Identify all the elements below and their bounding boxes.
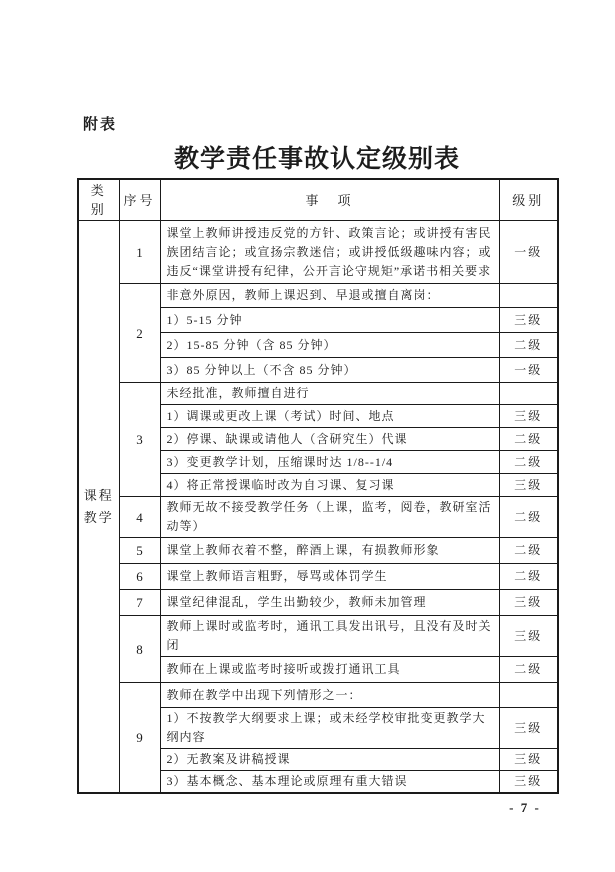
level-cell [499,284,558,308]
item-cell: 未经批准，教师擅自进行 [160,383,499,405]
appendix-label: 附表 [83,113,117,134]
level-cell: 一级 [499,221,558,284]
item-cell: 4）将正常授课临时改为自习课、复习课 [160,474,499,497]
level-cell: 二级 [499,497,558,538]
item-cell: 教师无故不接受教学任务（上课，监考，阅卷，教研室活动等） [160,497,499,538]
item-cell: 教师在上课或监考时接听或拨打通讯工具 [160,657,499,683]
item-cell: 课堂上教师讲授违反党的方针、政策言论；或讲授有害民族团结言论；或宣扬宗教迷信；或… [160,221,499,284]
seq-cell: 8 [119,616,160,683]
level-cell: 二级 [499,451,558,474]
table-row: 7 课堂纪律混乱，学生出勤较少，教师未加管理 三级 [78,590,558,616]
document-page: 附表 教学责任事故认定级别表 类别 序号 事 项 级别 课程 教学 1 课堂上教… [0,0,615,872]
seq-cell: 5 [119,538,160,564]
item-cell: 3）基本概念、基本理论或原理有重大错误 [160,771,499,794]
level-cell: 一级 [499,358,558,383]
level-cell: 三级 [499,308,558,333]
level-cell: 三级 [499,749,558,771]
level-cell [499,683,558,708]
level-cell: 二级 [499,538,558,564]
item-cell: 2）15-85 分钟（含 85 分钟） [160,333,499,358]
seq-cell: 2 [119,284,160,383]
seq-cell: 1 [119,221,160,284]
item-cell: 2）停课、缺课或请他人（含研究生）代课 [160,428,499,451]
item-cell: 1）5-15 分钟 [160,308,499,333]
item-cell: 3）85 分钟以上（不含 85 分钟） [160,358,499,383]
header-level: 级别 [499,179,558,221]
header-category: 类别 [78,179,119,221]
item-cell: 1）不按教学大纲要求上课；或未经学校审批变更教学大纲内容 [160,708,499,749]
level-cell: 三级 [499,616,558,657]
seq-cell: 9 [119,683,160,794]
level-cell: 三级 [499,405,558,428]
table-row: 2 非意外原因，教师上课迟到、早退或擅自离岗： [78,284,558,308]
seq-cell: 3 [119,383,160,497]
table-row: 6 课堂上教师语言粗野，辱骂或体罚学生 二级 [78,564,558,590]
category-cell: 课程 教学 [78,221,119,794]
header-seq: 序号 [119,179,160,221]
level-cell: 二级 [499,564,558,590]
table-header-row: 类别 序号 事 项 级别 [78,179,558,221]
page-number: - 7 - [495,800,555,816]
seq-cell: 6 [119,564,160,590]
item-cell: 非意外原因，教师上课迟到、早退或擅自离岗： [160,284,499,308]
item-cell: 教师在教学中出现下列情形之一： [160,683,499,708]
item-cell: 2）无教案及讲稿授课 [160,749,499,771]
table-row: 4 教师无故不接受教学任务（上课，监考，阅卷，教研室活动等） 二级 [78,497,558,538]
level-cell: 三级 [499,708,558,749]
table-row: 3 未经批准，教师擅自进行 [78,383,558,405]
seq-cell: 7 [119,590,160,616]
table-row: 9 教师在教学中出现下列情形之一： [78,683,558,708]
item-cell: 课堂上教师语言粗野，辱骂或体罚学生 [160,564,499,590]
level-cell: 二级 [499,428,558,451]
item-cell: 1）调课或更改上课（考试）时间、地点 [160,405,499,428]
level-cell: 三级 [499,474,558,497]
item-cell: 课堂上教师衣着不整，醉酒上课，有损教师形象 [160,538,499,564]
table-row: 5 课堂上教师衣着不整，醉酒上课，有损教师形象 二级 [78,538,558,564]
table-row: 8 教师上课时或监考时，通讯工具发出讯号，且没有及时关闭 三级 [78,616,558,657]
level-cell: 二级 [499,333,558,358]
item-cell: 3）变更教学计划，压缩课时达 1/8--1/4 [160,451,499,474]
accident-level-table: 类别 序号 事 项 级别 课程 教学 1 课堂上教师讲授违反党的方针、政策言论；… [77,178,559,794]
level-cell: 二级 [499,657,558,683]
level-cell [499,383,558,405]
item-cell: 教师上课时或监考时，通讯工具发出讯号，且没有及时关闭 [160,616,499,657]
seq-cell: 4 [119,497,160,538]
level-cell: 三级 [499,771,558,794]
page-title: 教学责任事故认定级别表 [77,139,557,175]
table-row: 课程 教学 1 课堂上教师讲授违反党的方针、政策言论；或讲授有害民族团结言论；或… [78,221,558,284]
item-cell: 课堂纪律混乱，学生出勤较少，教师未加管理 [160,590,499,616]
level-cell: 三级 [499,590,558,616]
header-item: 事 项 [160,179,499,221]
